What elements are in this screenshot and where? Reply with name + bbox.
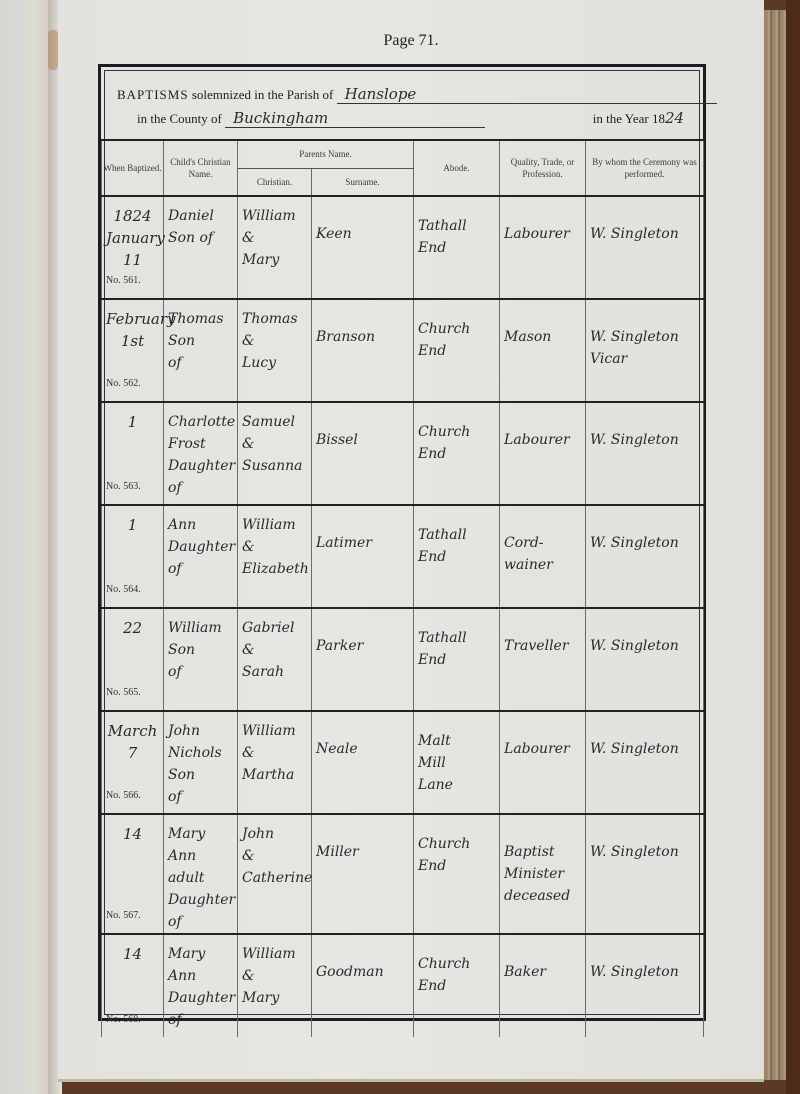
page-number: Page 71. — [58, 32, 764, 50]
cell-child: Daniel Son of — [164, 196, 238, 299]
cell-when: February 1stNo. 562. — [102, 299, 164, 402]
cell-child: Ann Daughter of — [164, 505, 238, 608]
cell-child: John Nichols Son of — [164, 711, 238, 814]
entry-number: No. 568. — [106, 1009, 141, 1031]
cell-child: Mary Ann adult Daughter of — [164, 814, 238, 934]
entry-number: No. 565. — [106, 682, 141, 704]
cell-surname: Latimer — [312, 505, 414, 608]
cell-surname: Branson — [312, 299, 414, 402]
cell-child: Mary Ann Daughter of — [164, 934, 238, 1037]
cell-when: 1No. 563. — [102, 402, 164, 505]
cell-abode: Church End — [414, 299, 500, 402]
year-label: in the Year 18 — [593, 111, 665, 126]
register-title-block: BAPTISMS solemnized in the Parish of Han… — [111, 77, 697, 137]
cell-parents-christian: William & Mary — [238, 196, 312, 299]
cell-abode: Tathall End — [414, 505, 500, 608]
register-page: Page 71. BAPTISMS solemnized in the Pari… — [58, 0, 764, 1082]
baptism-table: When Baptized. Child's Christian Name. P… — [101, 139, 704, 1037]
cell-surname: Keen — [312, 196, 414, 299]
table-row: 14No. 568. Mary Ann Daughter of William … — [102, 934, 704, 1037]
title-line-parish: BAPTISMS solemnized in the Parish of Han… — [117, 85, 717, 104]
title-solemnized: solemnized in the Parish of — [189, 87, 334, 102]
cell-parents-christian: Thomas & Lucy — [238, 299, 312, 402]
cell-trade: Labourer — [500, 196, 586, 299]
table-row: 22No. 565. William Son of Gabriel & Sara… — [102, 608, 704, 711]
cell-minister: W. Singleton — [586, 608, 704, 711]
cell-when: 22No. 565. — [102, 608, 164, 711]
cell-trade: Baker — [500, 934, 586, 1037]
cell-parents-christian: Samuel & Susanna — [238, 402, 312, 505]
entry-number: No. 562. — [106, 373, 141, 395]
baptism-register-form: BAPTISMS solemnized in the Parish of Han… — [98, 64, 706, 1021]
cell-minister: W. Singleton — [586, 196, 704, 299]
table-row: 14No. 567. Mary Ann adult Daughter of Jo… — [102, 814, 704, 934]
cell-abode: Malt Mill Lane — [414, 711, 500, 814]
entry-number: No. 561. — [106, 270, 141, 292]
table-row: March 7No. 566. John Nichols Son of Will… — [102, 711, 704, 814]
table-row: 1824 January 11No. 561. Daniel Son of Wi… — [102, 196, 704, 299]
cell-minister: W. Singleton — [586, 934, 704, 1037]
col-header-abode: Abode. — [414, 140, 500, 196]
title-line-county: in the County of Buckingham — [137, 109, 485, 128]
cell-trade: Cord- wainer — [500, 505, 586, 608]
table-row: February 1stNo. 562. Thomas Son of Thoma… — [102, 299, 704, 402]
cell-when: 1No. 564. — [102, 505, 164, 608]
paper-stain — [48, 30, 58, 70]
col-header-parents-christian: Christian. — [238, 168, 312, 196]
cell-minister: W. Singleton — [586, 402, 704, 505]
cell-child: William Son of — [164, 608, 238, 711]
cell-abode: Tathall End — [414, 196, 500, 299]
cell-abode: Tathall End — [414, 608, 500, 711]
title-baptisms: BAPTISMS — [117, 87, 189, 102]
cell-minister: W. Singleton — [586, 814, 704, 934]
cell-trade: Traveller — [500, 608, 586, 711]
cell-parents-christian: William & Elizabeth — [238, 505, 312, 608]
entry-number: No. 566. — [106, 785, 141, 807]
cell-abode: Church End — [414, 814, 500, 934]
cell-parents-christian: William & Martha — [238, 711, 312, 814]
entry-number: No. 564. — [106, 579, 141, 601]
book-cover-edge — [786, 0, 800, 1094]
cell-minister: W. Singleton — [586, 711, 704, 814]
cell-when: 14No. 567. — [102, 814, 164, 934]
title-year: in the Year 1824 — [593, 109, 689, 127]
cell-child: Charlotte Frost Daughter of — [164, 402, 238, 505]
cell-when: 1824 January 11No. 561. — [102, 196, 164, 299]
cell-trade: Labourer — [500, 402, 586, 505]
cell-parents-christian: Gabriel & Sarah — [238, 608, 312, 711]
cell-abode: Church End — [414, 402, 500, 505]
parish-field: Hanslope — [337, 85, 717, 104]
entry-number: No. 567. — [106, 905, 141, 927]
col-header-parents-surname: Surname. — [312, 168, 414, 196]
table-row: 1No. 563. Charlotte Frost Daughter of Sa… — [102, 402, 704, 505]
cell-trade: Mason — [500, 299, 586, 402]
cell-abode: Church End — [414, 934, 500, 1037]
cell-child: Thomas Son of — [164, 299, 238, 402]
cell-surname: Miller — [312, 814, 414, 934]
cell-trade: Baptist Minister deceased — [500, 814, 586, 934]
cell-surname: Goodman — [312, 934, 414, 1037]
col-header-parents: Parents Name. — [238, 140, 414, 168]
cell-trade: Labourer — [500, 711, 586, 814]
cell-when: 14No. 568. — [102, 934, 164, 1037]
cell-surname: Neale — [312, 711, 414, 814]
cell-minister: W. Singleton — [586, 505, 704, 608]
entry-number: No. 563. — [106, 476, 141, 498]
cell-minister: W. Singleton Vicar — [586, 299, 704, 402]
table-header-row: When Baptized. Child's Christian Name. P… — [102, 140, 704, 168]
col-header-when: When Baptized. — [102, 140, 164, 196]
col-header-minister: By whom the Ceremony was performed. — [586, 140, 704, 196]
cell-when: March 7No. 566. — [102, 711, 164, 814]
county-label: in the County of — [137, 111, 222, 126]
year-field: 24 — [665, 109, 689, 127]
cell-surname: Parker — [312, 608, 414, 711]
county-field: Buckingham — [225, 109, 485, 128]
cell-parents-christian: William & Mary — [238, 934, 312, 1037]
table-row: 1No. 564. Ann Daughter of William & Eliz… — [102, 505, 704, 608]
cell-surname: Bissel — [312, 402, 414, 505]
cell-parents-christian: John & Catherine — [238, 814, 312, 934]
col-header-child: Child's Christian Name. — [164, 140, 238, 196]
col-header-trade: Quality, Trade, or Profession. — [500, 140, 586, 196]
